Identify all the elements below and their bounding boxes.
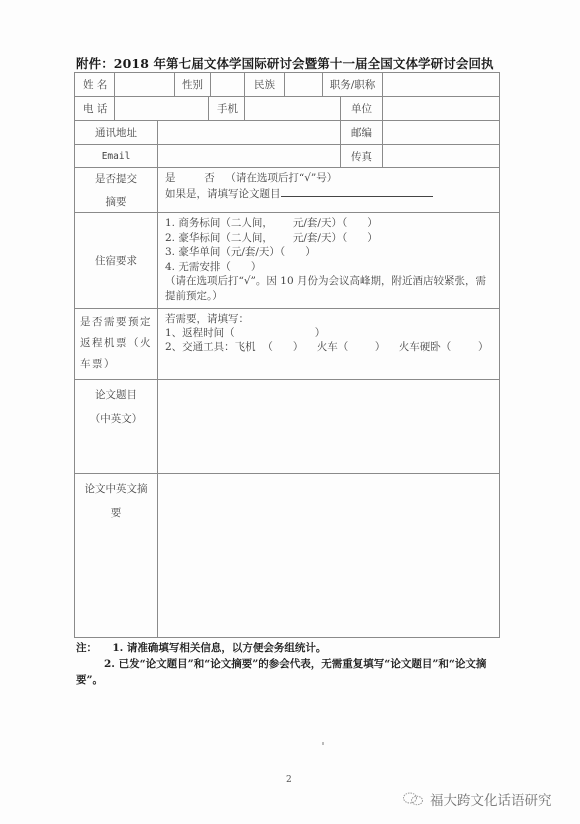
gender-field[interactable] [210,72,245,97]
abstract-submit-content: 是 否 （请在选项后打“√”号） 如果是，请填写论文题目 [157,167,500,213]
unit-field[interactable] [382,96,500,121]
no-option[interactable]: 否 [204,172,215,184]
position-label: 职务/职称 [322,72,383,97]
paper-title-field[interactable] [157,379,500,474]
phone-label: 电 话 [74,96,115,121]
unit-label: 单位 [340,96,383,121]
paper-abstract-label-line2: 要 [111,501,122,525]
paper-abstract-label-line1: 论文中英文摘 [85,477,148,501]
phone-field[interactable] [114,96,209,121]
ethnicity-field[interactable] [284,72,323,97]
if-yes-text: 如果是，请填写论文题目 [165,188,281,200]
note-1: 注： 1. 请准确填写相关信息，以方便会务组统计。 [76,640,506,656]
abstract-submit-label-line2: 摘要 [106,191,127,214]
paper-title-label-line1: 论文题目 [95,383,137,407]
yes-no-row: 是 否 （请在选项后打“√”号） [165,171,492,185]
return-time-field[interactable]: 1、返程时间（ ） [165,326,492,340]
watermark: 福大跨文化话语研究 [402,789,552,809]
abstract-submit-label-line1: 是否提交 [95,168,137,191]
paper-title-inline-row: 如果是，请填写论文题目 [165,185,492,201]
mobile-field[interactable] [244,96,341,121]
check-instruction: （请在选项后打“√”号） [225,172,337,184]
note-2: 2. 已发“论文题目”和“论文摘要”的参会代表，无需重复填写“论文题目”和“论文… [76,656,506,688]
name-field[interactable] [114,72,175,97]
paper-title-label-line2: （中英文） [90,407,143,431]
accommodation-content: 1. 商务标间（二人间， 元/套/天）（ ） 2. 豪华标间（二人间， 元/套/… [157,212,500,309]
return-ticket-content: 若需要，请填写： 1、返程时间（ ） 2、交通工具：飞机 （ ） 火车（ ） 火… [157,308,500,380]
accommodation-label: 住宿要求 [74,212,158,309]
accommodation-option-3[interactable]: 3. 豪华单间（元/套/天）（ ） [165,245,492,260]
postcode-label: 邮编 [340,120,383,145]
scan-speck [322,742,324,745]
ethnicity-label: 民族 [244,72,285,97]
fax-field[interactable] [382,144,500,168]
email-field[interactable] [157,144,341,168]
notes-prefix: 注： [76,642,97,654]
paper-title-label: 论文题目 （中英文） [74,379,158,474]
fax-label: 传真 [340,144,383,168]
position-field[interactable] [382,72,500,97]
postcode-field[interactable] [382,120,500,145]
paper-abstract-field[interactable] [157,473,500,638]
paper-title-inline-field[interactable] [281,185,433,197]
accommodation-note: （请在选项后打“√”。因 10 月份为会议高峰期，附近酒店较紧张，需提前预定。） [165,274,492,303]
return-ticket-label: 是否需要预定返程机票（火车票） [74,308,158,380]
return-ticket-intro: 若需要，请填写： [165,312,492,326]
transport-options[interactable]: 2、交通工具：飞机 （ ） 火车（ ） 火车硬卧（ ） [165,340,492,354]
gender-label: 性别 [174,72,211,97]
address-label: 通讯地址 [74,120,158,145]
watermark-text: 福大跨文化话语研究 [430,789,552,809]
accommodation-option-4[interactable]: 4. 无需安排（ ） [165,260,492,275]
wechat-icon [402,792,424,806]
paper-abstract-label: 论文中英文摘 要 [74,473,158,638]
accommodation-option-1[interactable]: 1. 商务标间（二人间， 元/套/天）（ ） [165,216,492,231]
name-label: 姓 名 [74,72,115,97]
mobile-label: 手机 [208,96,245,121]
note-1-text: 1. 请准确填写相关信息，以方便会务组统计。 [112,642,326,654]
page-number: 2 [286,775,292,785]
address-field[interactable] [157,120,341,145]
yes-option[interactable]: 是 [165,172,176,184]
notes-section: 注： 1. 请准确填写相关信息，以方便会务组统计。 2. 已发“论文题目”和“论… [76,640,506,688]
accommodation-option-2[interactable]: 2. 豪华标间（二人间， 元/套/天）（ ） [165,231,492,246]
page-title: 附件：2018 年第七届文体学国际研讨会暨第十一届全国文体学研讨会回执 [76,54,494,72]
abstract-submit-label: 是否提交 摘要 [74,167,158,213]
email-label: Email [74,144,158,168]
